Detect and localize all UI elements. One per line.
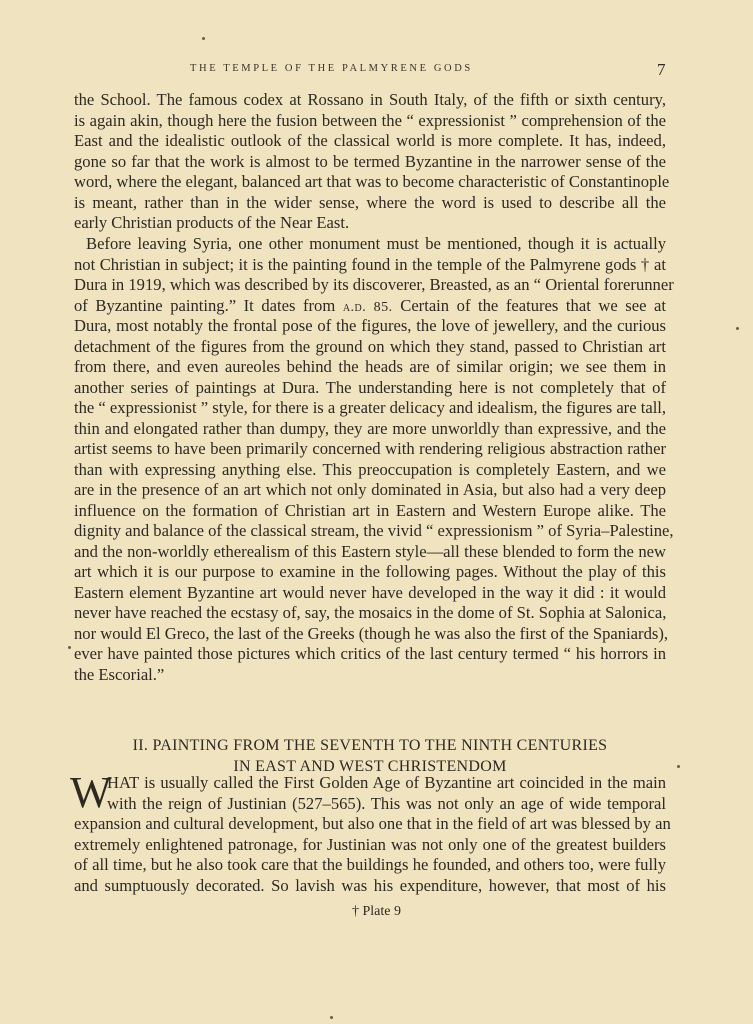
- paper-speck: [330, 1016, 333, 1019]
- text-line: word, where the elegant, balanced art th…: [74, 172, 666, 193]
- paper-speck: [68, 646, 71, 649]
- text-line: the “ expressionist ” style, for there i…: [74, 398, 666, 419]
- running-head: THE TEMPLE OF THE PALMYRENE GODS 7: [0, 63, 753, 83]
- text-line: nor would El Greco, the last of the Gree…: [74, 624, 666, 645]
- text-line: HAT is usually called the First Golden A…: [74, 773, 666, 794]
- text-line: thin and elongated rather than dumpy, th…: [74, 419, 666, 440]
- paragraph-1: the School. The famous codex at Rossano …: [74, 90, 666, 234]
- text-line: not Christian in subject; it is the pain…: [74, 255, 666, 276]
- text-line: from there, and even aureoles behind the…: [74, 357, 666, 378]
- footnote: † Plate 9: [0, 904, 753, 920]
- text-line: and the non-worldly etherealism of this …: [74, 542, 666, 563]
- paper-speck: [677, 765, 680, 768]
- text-fragment: Certain of the features that we see at: [400, 296, 666, 315]
- paragraph-3: W HAT is usually called the First Golden…: [74, 773, 666, 896]
- text-line: and sumptuously decorated. So lavish was…: [74, 876, 666, 897]
- paper-speck: [736, 327, 739, 330]
- date-smallcaps: a.d. 85.: [343, 300, 393, 315]
- text-line: extremely enlightened patronage, for Jus…: [74, 835, 666, 856]
- text-line: is meant, rather than in the wider sense…: [74, 193, 666, 214]
- paragraph-2: Before leaving Syria, one other monument…: [74, 234, 666, 685]
- text-line: gone so far that the work is almost to b…: [74, 152, 666, 173]
- text-line: with the reign of Justinian (527–565). T…: [74, 794, 666, 815]
- text-line: are in the presence of an art which not …: [74, 480, 666, 501]
- text-line: early Christian products of the Near Eas…: [74, 213, 666, 234]
- text-line: Eastern element Byzantine art would neve…: [74, 583, 666, 604]
- running-title: THE TEMPLE OF THE PALMYRENE GODS: [190, 63, 473, 74]
- text-line: another series of paintings at Dura. The…: [74, 378, 666, 399]
- text-line: than with expressing anything else. This…: [74, 460, 666, 481]
- paper-speck: [202, 37, 205, 40]
- text-line: detachment of the figures from the groun…: [74, 337, 666, 358]
- section-heading-line-1: II. PAINTING FROM THE SEVENTH TO THE NIN…: [74, 735, 666, 756]
- text-fragment: of Byzantine painting.” It dates from: [74, 296, 335, 315]
- text-line: Dura, most notably the frontal pose of t…: [74, 316, 666, 337]
- drop-cap: W: [70, 775, 112, 811]
- text-line: the Escorial.”: [74, 665, 666, 686]
- text-line: is again akin, though here the fusion be…: [74, 111, 666, 132]
- text-line: dignity and balance of the classical str…: [74, 521, 666, 542]
- text-line: of Byzantine painting.” It dates from a.…: [74, 296, 666, 317]
- text-line: art which it is our purpose to examine i…: [74, 562, 666, 583]
- text-line: influence on the formation of Christian …: [74, 501, 666, 522]
- text-line: of all time, but he also took care that …: [74, 855, 666, 876]
- text-line: ever have painted those pictures which c…: [74, 644, 666, 665]
- text-line: Dura in 1919, which was described by its…: [74, 275, 666, 296]
- page-number: 7: [657, 60, 666, 80]
- book-page: THE TEMPLE OF THE PALMYRENE GODS 7 the S…: [0, 0, 753, 1024]
- section-heading: II. PAINTING FROM THE SEVENTH TO THE NIN…: [74, 735, 666, 777]
- text-line: Before leaving Syria, one other monument…: [74, 234, 666, 255]
- text-line: the School. The famous codex at Rossano …: [74, 90, 666, 111]
- text-line: East and the idealistic outlook of the c…: [74, 131, 666, 152]
- text-line: artist seems to have been primarily conc…: [74, 439, 666, 460]
- text-line: expansion and cultural development, but …: [74, 814, 666, 835]
- text-line: never have reached the ecstasy of, say, …: [74, 603, 666, 624]
